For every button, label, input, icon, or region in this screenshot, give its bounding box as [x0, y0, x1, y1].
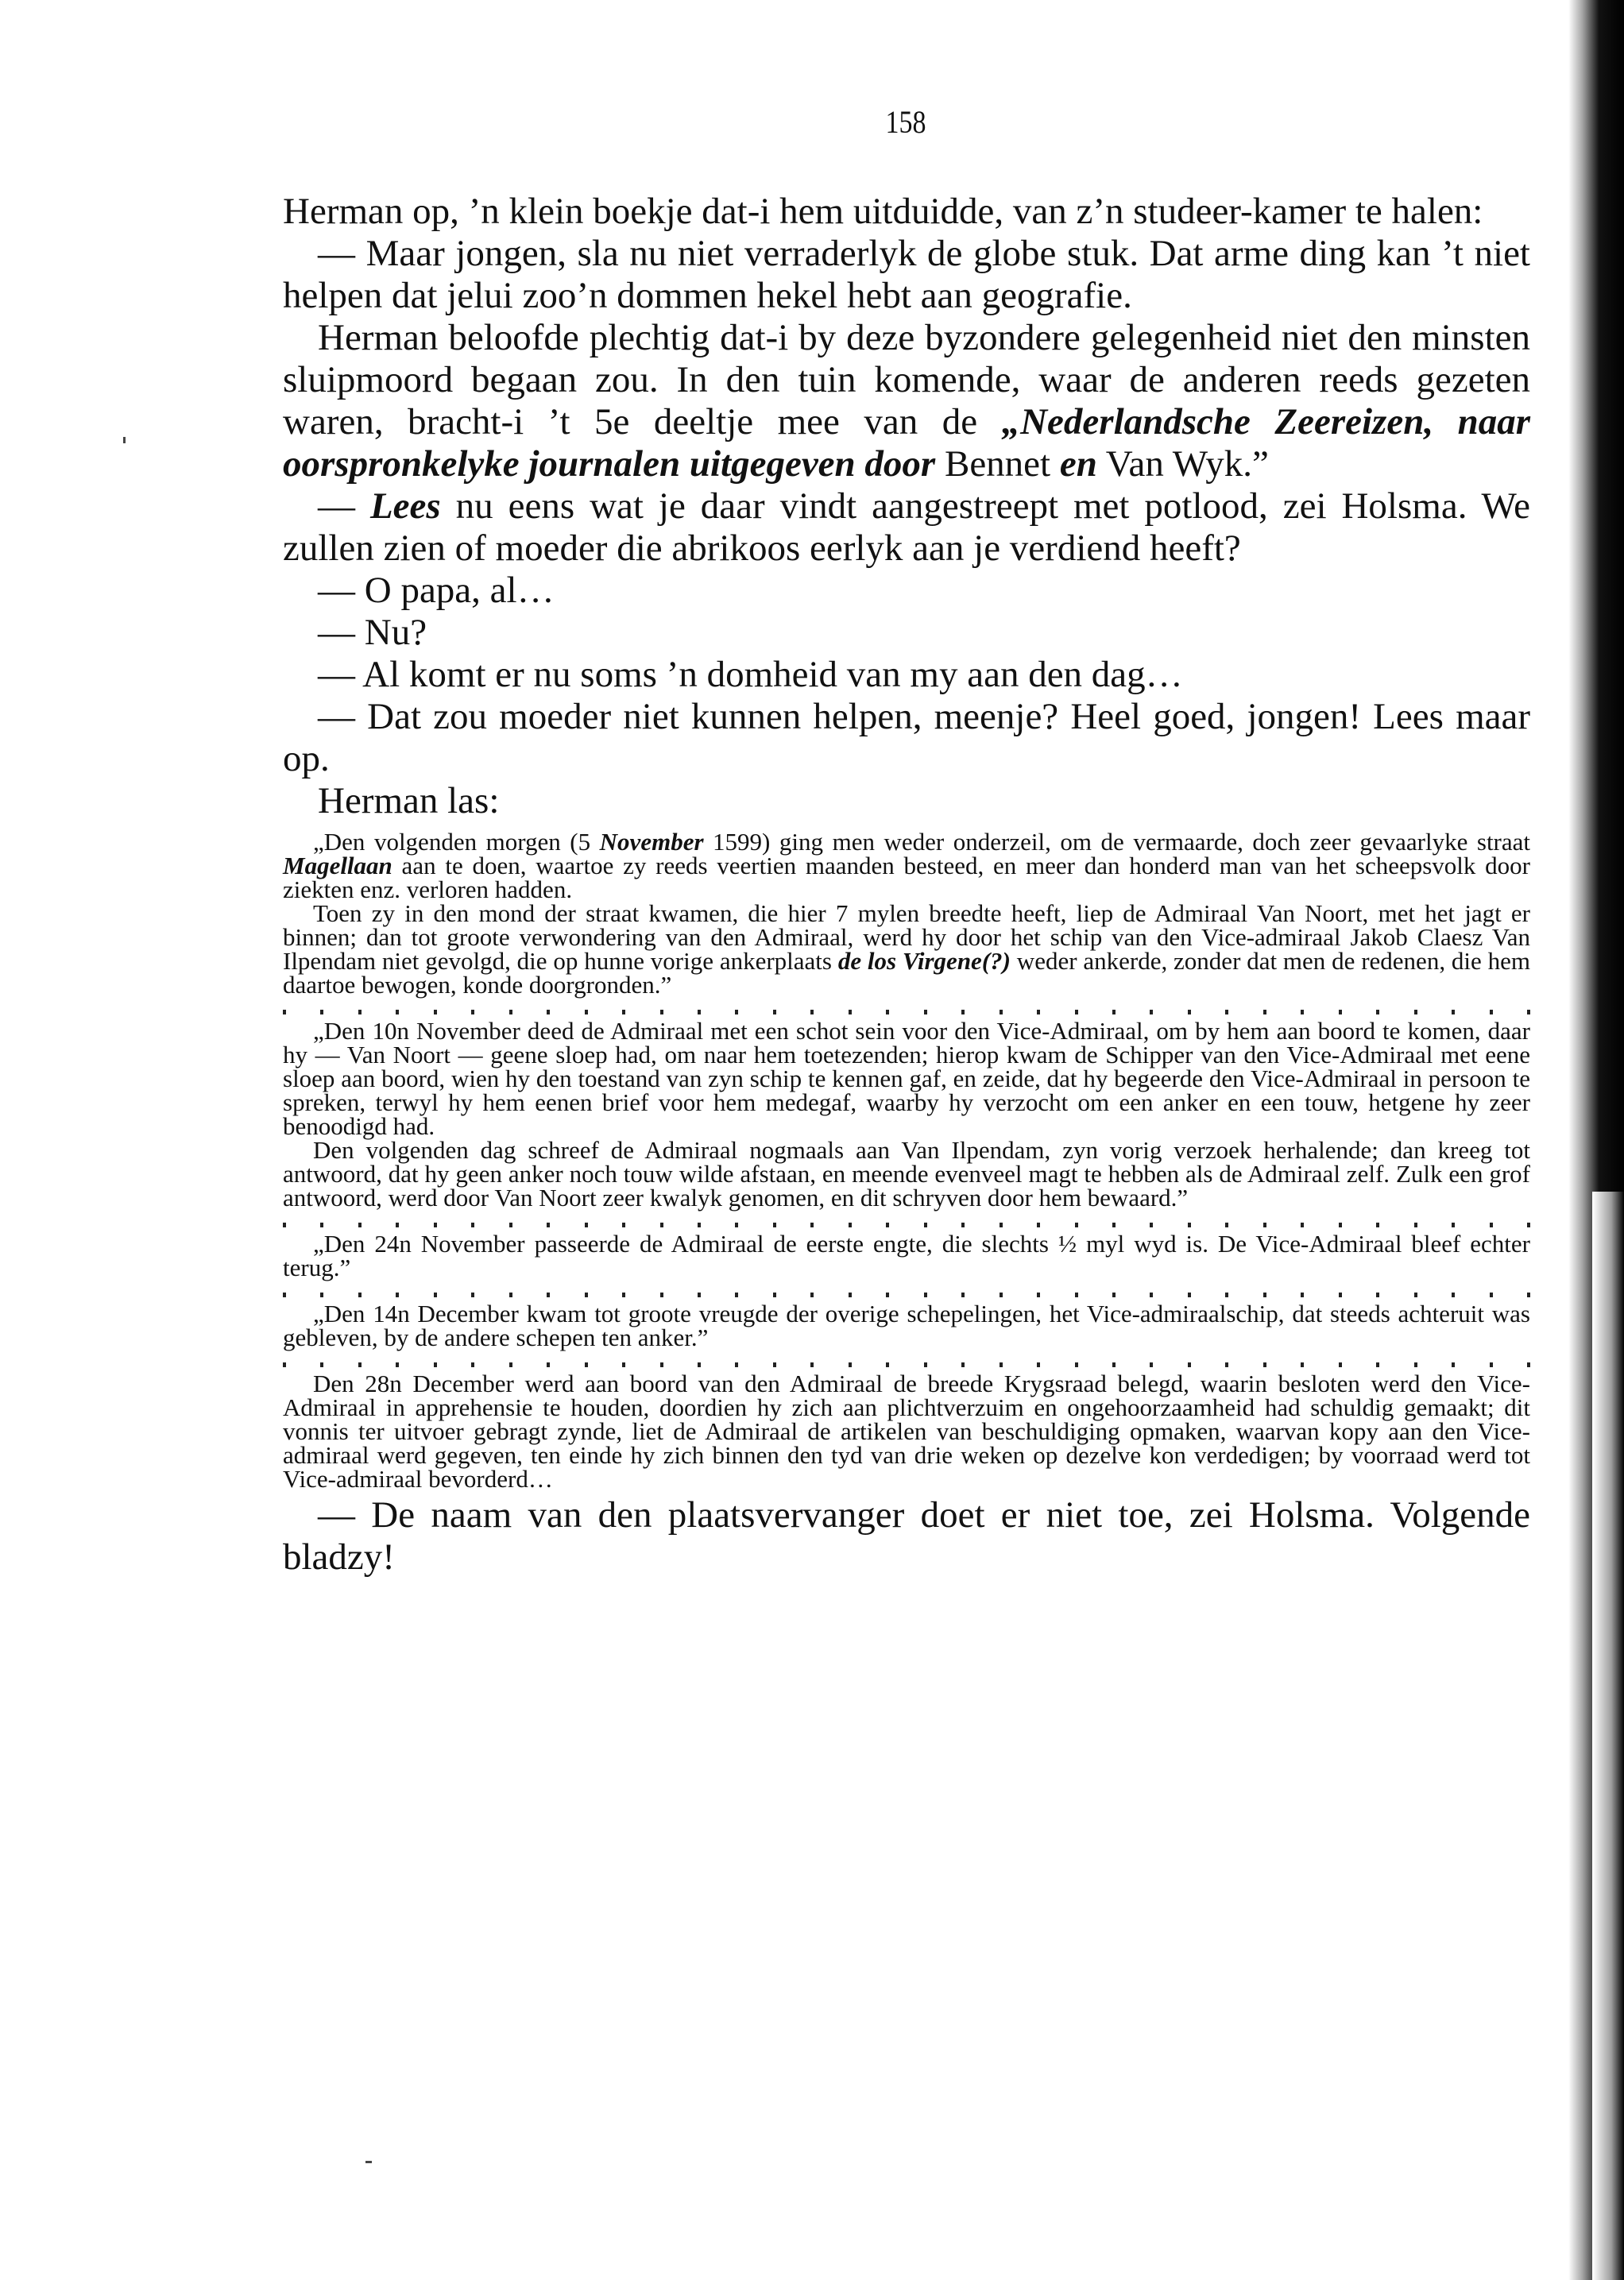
dot	[1112, 1293, 1116, 1297]
dot	[622, 1010, 625, 1014]
dot	[1225, 1362, 1228, 1367]
dot	[1263, 1010, 1266, 1014]
dot	[1225, 1010, 1228, 1014]
dot	[1112, 1362, 1116, 1367]
paragraph: — Nu?	[283, 612, 1530, 654]
dot	[1452, 1223, 1455, 1227]
dot	[1075, 1223, 1078, 1227]
ellipsis-divider	[283, 1216, 1530, 1227]
dot	[924, 1223, 927, 1227]
dot	[509, 1293, 512, 1297]
dot	[434, 1010, 437, 1014]
dot	[1150, 1223, 1153, 1227]
paragraph-text: Van Wyk.”	[1097, 443, 1269, 485]
dot	[434, 1223, 437, 1227]
dot	[1339, 1293, 1342, 1297]
dot	[547, 1362, 550, 1367]
dot	[1376, 1010, 1379, 1014]
dot	[585, 1362, 588, 1367]
dot	[1037, 1362, 1040, 1367]
page-edge-fade	[1592, 1192, 1624, 2280]
dot	[396, 1362, 399, 1367]
paragraph-text: nu eens wat je daar vindt aangestreept m…	[283, 485, 1530, 569]
dot	[1490, 1362, 1493, 1367]
paragraph-text: Bennet	[935, 443, 1060, 485]
dot	[1188, 1010, 1191, 1014]
scan-speck	[365, 2161, 372, 2163]
dot	[320, 1362, 323, 1367]
dot	[886, 1223, 889, 1227]
ellipsis-divider	[283, 1356, 1530, 1367]
emphasis: de los Virgene(?)	[838, 947, 1011, 975]
quote-paragraph: Toen zy in den mond der straat kwamen, d…	[283, 902, 1530, 997]
dot	[283, 1293, 286, 1297]
quote-text: aan te doen, waartoe zy reeds veertien m…	[283, 852, 1530, 903]
dot	[1263, 1223, 1266, 1227]
paragraph: — O papa, al…	[283, 570, 1530, 612]
emphasis: Lees	[370, 485, 441, 527]
dot	[1376, 1223, 1379, 1227]
dot	[1000, 1223, 1003, 1227]
quote-paragraph: „Den 10n November deed de Admiraal met e…	[283, 1019, 1530, 1138]
dot	[585, 1293, 588, 1297]
dot	[1112, 1010, 1116, 1014]
dot	[622, 1362, 625, 1367]
dot	[396, 1293, 399, 1297]
dot	[1000, 1293, 1003, 1297]
dot	[1339, 1223, 1342, 1227]
ellipsis-divider	[283, 1003, 1530, 1014]
closing-text: — De naam van den plaatsvervanger doet e…	[283, 1494, 1530, 1579]
dot	[1490, 1223, 1493, 1227]
dot	[1452, 1293, 1455, 1297]
dash: —	[318, 485, 370, 527]
dot	[547, 1010, 550, 1014]
dot	[283, 1362, 286, 1367]
dot	[773, 1010, 776, 1014]
quote-paragraph: Den volgenden dag schreef de Admiraal no…	[283, 1138, 1530, 1210]
dot	[1452, 1010, 1455, 1014]
dot	[358, 1223, 362, 1227]
dot	[1112, 1223, 1116, 1227]
dot	[810, 1223, 814, 1227]
dot	[961, 1293, 965, 1297]
dot	[886, 1362, 889, 1367]
dot	[660, 1223, 663, 1227]
dot	[1527, 1293, 1530, 1297]
dot	[585, 1223, 588, 1227]
dot	[547, 1223, 550, 1227]
dot	[773, 1293, 776, 1297]
dot	[1301, 1010, 1304, 1014]
dot	[1527, 1362, 1530, 1367]
dot	[283, 1010, 286, 1014]
dot	[471, 1293, 474, 1297]
main-text: Herman op, ’n klein boekje dat-i hem uit…	[283, 191, 1530, 822]
paragraph: — De naam van den plaatsvervanger doet e…	[283, 1494, 1530, 1579]
dot	[1376, 1293, 1379, 1297]
text-column: Herman op, ’n klein boekje dat-i hem uit…	[283, 191, 1530, 1579]
quote-paragraph: „Den 14n December kwam tot groote vreugd…	[283, 1302, 1530, 1350]
paragraph: Herman beloofde plechtig dat-i by deze b…	[283, 317, 1530, 485]
dot	[585, 1010, 588, 1014]
dot	[698, 1223, 701, 1227]
paragraph: Herman op, ’n klein boekje dat-i hem uit…	[283, 191, 1530, 233]
dot	[509, 1223, 512, 1227]
dot	[961, 1010, 965, 1014]
dot	[509, 1010, 512, 1014]
dot	[396, 1223, 399, 1227]
dot	[509, 1362, 512, 1367]
dot	[1301, 1223, 1304, 1227]
dot	[1150, 1010, 1153, 1014]
dot	[1150, 1293, 1153, 1297]
dot	[1000, 1010, 1003, 1014]
dot	[320, 1223, 323, 1227]
dot	[1301, 1293, 1304, 1297]
dot	[1075, 1293, 1078, 1297]
paragraph: — Maar jongen, sla nu niet verraderlyk d…	[283, 233, 1530, 317]
dot	[735, 1362, 738, 1367]
dot	[434, 1362, 437, 1367]
dot	[1225, 1293, 1228, 1297]
paragraph: — Dat zou moeder niet kunnen helpen, mee…	[283, 696, 1530, 780]
dot	[1490, 1293, 1493, 1297]
dot	[735, 1223, 738, 1227]
dot	[849, 1362, 852, 1367]
dot	[320, 1293, 323, 1297]
dot	[1037, 1293, 1040, 1297]
paragraph-text: en	[1060, 443, 1097, 485]
dot	[961, 1223, 965, 1227]
dot	[622, 1293, 625, 1297]
dot	[1075, 1010, 1078, 1014]
dot	[1414, 1010, 1417, 1014]
dot	[924, 1293, 927, 1297]
quote-paragraph: Den 28n December werd aan boord van den …	[283, 1372, 1530, 1491]
dot	[1225, 1223, 1228, 1227]
scan-speck	[123, 437, 126, 443]
dot	[471, 1362, 474, 1367]
dot	[773, 1223, 776, 1227]
dot	[1339, 1362, 1342, 1367]
dot	[849, 1010, 852, 1014]
dot	[1188, 1362, 1191, 1367]
dot	[320, 1010, 323, 1014]
paragraph: Herman las:	[283, 780, 1530, 822]
dot	[1263, 1293, 1266, 1297]
dot	[924, 1010, 927, 1014]
dot	[1188, 1293, 1191, 1297]
paragraph: — Lees nu eens wat je daar vindt aangest…	[283, 485, 1530, 570]
dot	[1490, 1010, 1493, 1014]
quoted-journal: „Den volgenden morgen (5 November 1599) …	[283, 830, 1530, 1491]
dot	[698, 1293, 701, 1297]
dot	[660, 1293, 663, 1297]
dot	[660, 1362, 663, 1367]
dot	[1150, 1362, 1153, 1367]
dot	[810, 1362, 814, 1367]
dot	[773, 1362, 776, 1367]
dot	[886, 1010, 889, 1014]
dot	[924, 1362, 927, 1367]
dot	[1263, 1362, 1266, 1367]
paragraph: — Al komt er nu soms ’n domheid van my a…	[283, 654, 1530, 696]
dot	[849, 1223, 852, 1227]
dot	[849, 1293, 852, 1297]
dot	[283, 1223, 286, 1227]
dot	[660, 1010, 663, 1014]
ellipsis-divider	[283, 1286, 1530, 1297]
dot	[1301, 1362, 1304, 1367]
dot	[547, 1293, 550, 1297]
dot	[358, 1293, 362, 1297]
dot	[1527, 1223, 1530, 1227]
page-number: 158	[879, 103, 933, 141]
dot	[735, 1293, 738, 1297]
dot	[434, 1293, 437, 1297]
dot	[1452, 1362, 1455, 1367]
dot	[471, 1010, 474, 1014]
dot	[698, 1010, 701, 1014]
dot	[1000, 1362, 1003, 1367]
dot	[1414, 1293, 1417, 1297]
dot	[735, 1010, 738, 1014]
dot	[1037, 1010, 1040, 1014]
dot	[1339, 1010, 1342, 1014]
dot	[396, 1010, 399, 1014]
dot	[1075, 1362, 1078, 1367]
dot	[1188, 1223, 1191, 1227]
dot	[810, 1010, 814, 1014]
dot	[1527, 1010, 1530, 1014]
dot	[698, 1362, 701, 1367]
dot	[471, 1223, 474, 1227]
quote-paragraph: „Den 24n November passeerde de Admiraal …	[283, 1232, 1530, 1280]
dot	[1414, 1223, 1417, 1227]
dot	[358, 1010, 362, 1014]
dot	[886, 1293, 889, 1297]
quote-paragraph: „Den volgenden morgen (5 November 1599) …	[283, 830, 1530, 902]
dot	[1376, 1362, 1379, 1367]
dot	[1037, 1223, 1040, 1227]
dot	[810, 1293, 814, 1297]
dot	[622, 1223, 625, 1227]
dot	[358, 1362, 362, 1367]
dot	[1414, 1362, 1417, 1367]
dot	[961, 1362, 965, 1367]
